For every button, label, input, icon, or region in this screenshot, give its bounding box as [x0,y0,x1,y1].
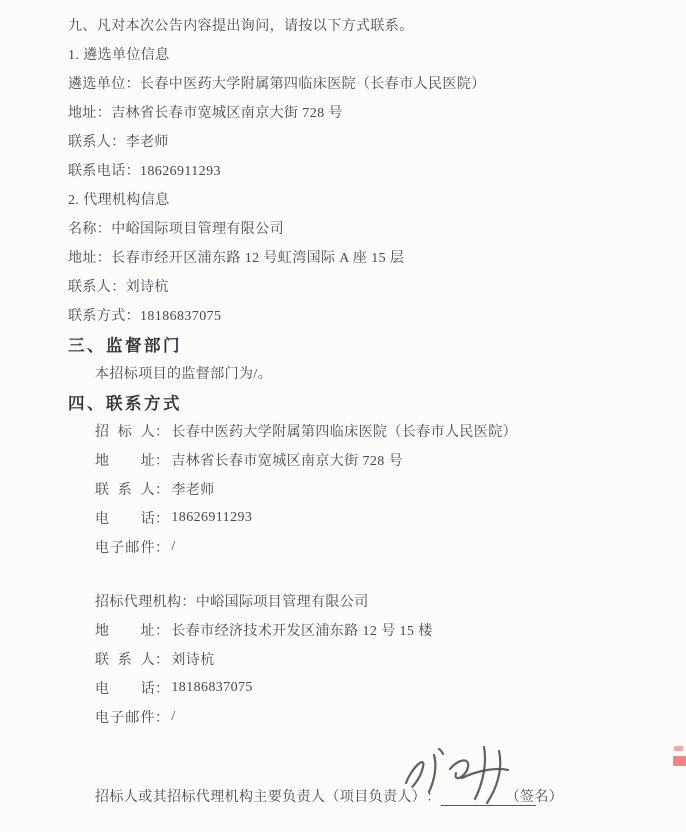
stamp-bar-icon [673,756,686,766]
colon: ： [155,537,169,557]
section-gap [68,561,686,586]
colon: ： [155,620,169,640]
bid-agency-phone-row: 电话：18186837075 [68,673,686,702]
phone-value: 18186837075 [171,680,252,696]
phone-label: 电话 [95,678,155,698]
address-value: 长春市经济技术开发区浦东路 12 号 15 楼 [171,620,432,640]
colon: ： [181,591,195,611]
email-label: 电子邮件 [95,707,155,727]
bid-agency-address-row: 地址：长春市经济技术开发区浦东路 12 号 15 楼 [68,615,686,644]
pre-signature-gap [68,731,686,777]
person-value: 李老师 [171,479,214,499]
address-label: 地址 [95,620,155,640]
phone-value: 18626911293 [171,510,252,526]
selection-unit-heading: 1. 遴选单位信息 [68,39,686,68]
intro-paragraph: 九、凡对本次公告内容提出询问，请按以下方式联系。 [68,10,686,39]
document-body: 九、凡对本次公告内容提出询问，请按以下方式联系。 1. 遴选单位信息 遴选单位：… [0,0,686,806]
tenderer-value: 长春中医药大学附属第四临床医院（长春市人民医院） [171,421,517,441]
supervision-heading: 三、监督部门 [68,329,686,358]
selection-unit-name-line: 遴选单位：长春中医药大学附属第四临床医院（长春市人民医院） [68,68,686,97]
red-stamp-fragment [670,745,686,769]
bid-agency-name: 中峪国际项目管理有限公司 [196,591,369,611]
supervision-body: 本招标项目的监督部门为/。 [68,358,686,387]
signature-prefix: 招标人或其招标代理机构主要负责人（项目负责人） [95,786,426,806]
colon: ： [155,479,169,499]
colon: ： [155,450,169,470]
colon: ： [155,649,169,669]
bid-agency-person-row: 联系人：刘诗杭 [68,644,686,673]
tenderer-email-row: 电子邮件：/ [68,532,686,561]
agency-phone-line: 联系方式：18186837075 [68,300,686,329]
bid-agency-email-row: 电子邮件：/ [68,702,686,731]
bid-agency-label: 招标代理机构 [95,591,181,611]
scanned-document-page: 九、凡对本次公告内容提出询问，请按以下方式联系。 1. 遴选单位信息 遴选单位：… [0,0,686,832]
selection-unit-contact-line: 联系人：李老师 [68,126,686,155]
email-value: / [171,709,175,725]
selection-unit-address-line: 地址：吉林省长春市宽城区南京大街 728 号 [68,97,686,126]
tenderer-phone-row: 电话：18626911293 [68,503,686,532]
agency-contact-line: 联系人：刘诗杭 [68,271,686,300]
address-value: 吉林省长春市宽城区南京大街 728 号 [171,450,403,470]
tenderer-label: 招标人 [95,421,155,441]
tenderer-person-row: 联系人：李老师 [68,474,686,503]
colon: ： [155,707,169,727]
signature-suffix: （签名） [506,786,564,806]
person-value: 刘诗杭 [171,649,214,669]
email-label: 电子邮件 [95,537,155,557]
colon: ： [155,508,169,528]
tenderer-address-row: 地址：吉林省长春市宽城区南京大街 728 号 [68,445,686,474]
phone-label: 电话 [95,508,155,528]
email-value: / [171,539,175,555]
colon: ： [155,421,169,441]
contact-heading: 四、联系方式 [68,387,686,416]
selection-unit-phone-line: 联系电话：18626911293 [68,155,686,184]
agency-name-line: 名称：中峪国际项目管理有限公司 [68,213,686,242]
tenderer-row: 招标人：长春中医药大学附属第四临床医院（长春市人民医院） [68,416,686,445]
agency-address-line: 地址：长春市经开区浦东路 12 号虹湾国际 A 座 15 层 [68,242,686,271]
address-label: 地址 [95,450,155,470]
bid-agency-row: 招标代理机构：中峪国际项目管理有限公司 [68,586,686,615]
person-label: 联系人 [95,479,155,499]
signature-row: 招标人或其招标代理机构主要负责人（项目负责人）：（签名） [68,777,686,806]
person-label: 联系人 [95,649,155,669]
colon: ： [426,786,440,806]
agency-info-heading: 2. 代理机构信息 [68,184,686,213]
stamp-mark-icon [673,746,683,751]
colon: ： [155,678,169,698]
